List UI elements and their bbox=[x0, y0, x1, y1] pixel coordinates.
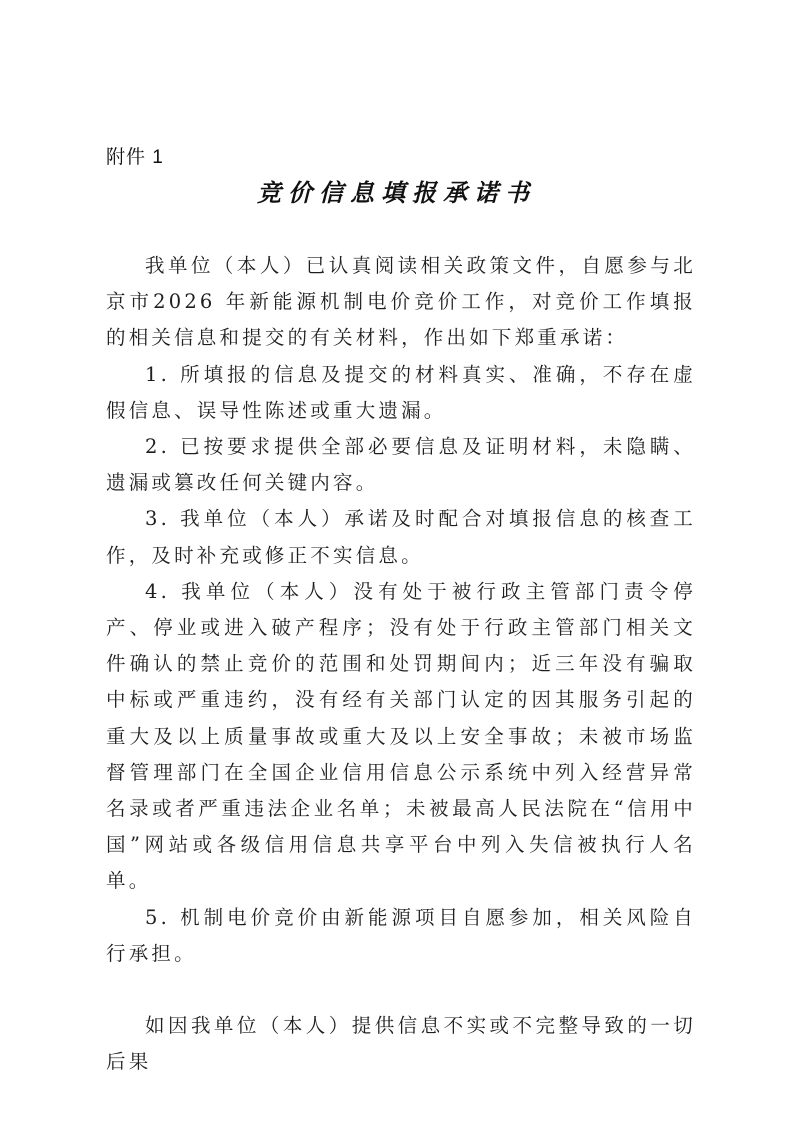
commitment-item-2: 2. 已按要求提供全部必要信息及证明材料，未隐瞒、遗漏或篡改任何关键内容。 bbox=[106, 429, 696, 501]
document-title: 竞价信息填报承诺书 bbox=[0, 173, 793, 208]
closing-paragraph: 如因我单位（本人）提供信息不实或不完整导致的一切后果 bbox=[106, 1008, 696, 1080]
commitment-item-1: 1. 所填报的信息及提交的材料真实、准确，不存在虚假信息、误导性陈述或重大遗漏。 bbox=[106, 357, 696, 429]
paragraph-spacer bbox=[106, 972, 696, 1008]
commitment-item-5: 5. 机制电价竞价由新能源项目自愿参加，相关风险自行承担。 bbox=[106, 900, 696, 972]
commitment-item-4: 4. 我单位（本人）没有处于被行政主管部门责令停产、停业或进入破产程序；没有处于… bbox=[106, 574, 696, 900]
commitment-item-3: 3. 我单位（本人）承诺及时配合对填报信息的核查工作，及时补充或修正不实信息。 bbox=[106, 501, 696, 573]
document-body: 我单位（本人）已认真阅读相关政策文件，自愿参与北京市2026 年新能源机制电价竞… bbox=[106, 248, 696, 1080]
attachment-label: 附件 1 bbox=[106, 142, 164, 169]
intro-paragraph: 我单位（本人）已认真阅读相关政策文件，自愿参与北京市2026 年新能源机制电价竞… bbox=[106, 248, 696, 357]
